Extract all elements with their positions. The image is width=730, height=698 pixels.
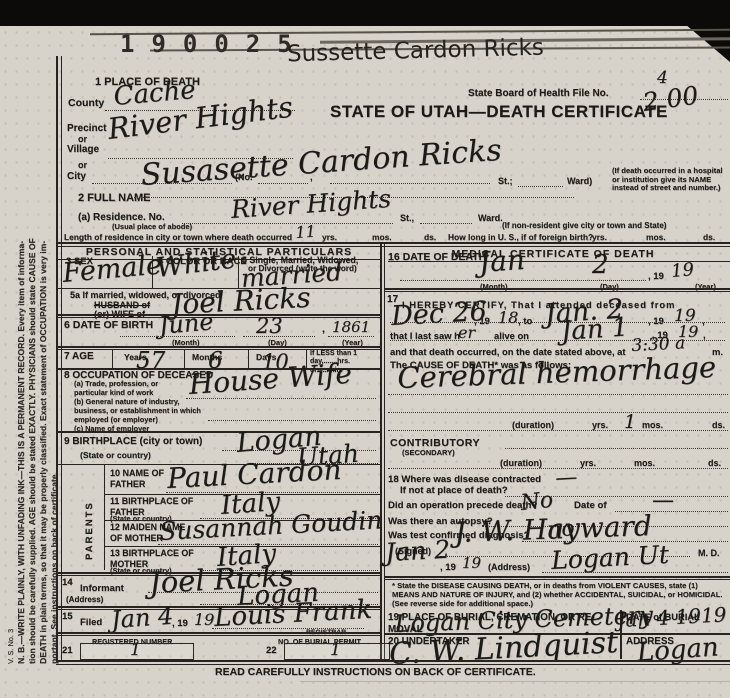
- duration-line: [388, 430, 728, 431]
- undertaker-address-divider: [620, 633, 622, 659]
- city-ward-label: Ward): [567, 176, 592, 186]
- attended-line: [390, 322, 725, 323]
- permits-top-rule-outer: [56, 632, 380, 634]
- cause-line-2: [388, 412, 728, 413]
- duration-yrs-label: yrs.: [592, 420, 608, 430]
- filed-date-value: Jan 4: [110, 602, 174, 634]
- city-st-label: St.;: [498, 176, 513, 186]
- dob-year-value: 1861: [332, 318, 370, 336]
- length-of-residence-value: 11: [295, 222, 317, 242]
- dob-label: 6 DATE OF BIRTH: [64, 319, 153, 331]
- scan-top-band: [0, 0, 730, 26]
- contributory-line: [505, 448, 728, 449]
- certify-top-rule-outer: [384, 288, 730, 290]
- age-col-divider-1: [112, 349, 113, 368]
- death-day-value: 2: [592, 250, 609, 280]
- informant-item-number: 14: [62, 577, 73, 588]
- age-label: 7 AGE: [64, 351, 94, 362]
- dob-comma: ,: [322, 324, 325, 335]
- disease-contracted-label-2: If not at place of death?: [400, 485, 508, 496]
- permits-top-rule-inner: [56, 635, 380, 636]
- informant-label: Informant: [80, 583, 124, 594]
- paper-tear-line: [300, 681, 730, 682]
- disease-contracted-label: 18 Where was disease contracted: [388, 474, 541, 485]
- death-certificate-scan: V. S. No. 3 N. B.—WRITE PLAINLY, WITH UN…: [0, 0, 730, 698]
- secondary-sublabel: (SECONDARY): [402, 448, 455, 457]
- hospital-note: (If death occurred in a hospital or inst…: [612, 167, 724, 193]
- filed-item-number: 15: [62, 611, 73, 622]
- residence-ward-label: Ward.: [478, 213, 503, 223]
- birthplace-state-label: (State or country): [80, 450, 151, 460]
- county-label: County: [68, 97, 104, 109]
- death-date-line: [400, 280, 646, 281]
- dob-day-line: [243, 336, 315, 337]
- duration2-yrs-label: yrs.: [580, 458, 596, 468]
- column-divider-outer: [380, 242, 382, 662]
- duration-months-value: 1: [624, 411, 636, 433]
- precinct-label: Precinct: [67, 123, 106, 134]
- file-no-label: State Board of Health File No.: [468, 88, 609, 99]
- city-label: City: [67, 171, 86, 182]
- howlong-us-label: How long in U. S., if of foreign birth?: [448, 232, 593, 242]
- columns-top-rule-outer: [56, 242, 730, 244]
- dob-month-line: [120, 336, 235, 337]
- length-yrs-label: yrs.: [322, 232, 337, 242]
- parents-vertical-label: PARENTS: [84, 501, 95, 560]
- parents-inner-divider: [104, 464, 105, 570]
- howlong-mos-label: mos.: [646, 232, 666, 242]
- margin-note-line4: portant. See instructions on back of cer…: [49, 64, 60, 664]
- duration-mos-label: mos.: [642, 420, 663, 430]
- birthplace-label: 9 BIRTHPLACE (city or town): [64, 436, 202, 447]
- or-label-2: or: [78, 160, 87, 170]
- margin-instructions: V. S. No. 3 N. B.—WRITE PLAINLY, WITH UN…: [6, 64, 60, 664]
- last-saw-date-value: Jan 1: [560, 312, 629, 347]
- abode-note: (Usual place of abode): [112, 222, 192, 231]
- sign-year-value: 19: [462, 554, 481, 572]
- duration-ds-label: ds.: [712, 420, 725, 430]
- filed-year-prefix: , 19: [172, 618, 188, 629]
- duration2-mos-label: mos.: [634, 458, 655, 468]
- death-year-value: 19: [670, 259, 695, 282]
- occupation-a-line: [186, 398, 376, 399]
- registered-number-value: 1: [130, 640, 141, 660]
- length-mos-label: mos.: [372, 232, 392, 242]
- sign-address-value: Logan Ut: [550, 540, 669, 575]
- residence-ward-line: [420, 223, 472, 224]
- margin-note-line2: tion should be carefully supplied. AGE s…: [27, 64, 38, 664]
- row9-top-rule: [56, 431, 380, 433]
- nonresident-note: (If non-resident give city or town and S…: [502, 221, 666, 230]
- bottom-rule-inner: [56, 664, 730, 665]
- howlong-yrs-label: yrs.: [592, 232, 607, 242]
- form-number: V. S. No. 3: [6, 64, 16, 664]
- sign-year-prefix: , 19: [440, 562, 456, 573]
- occupation-b-label: (b) General nature of industry, business…: [74, 398, 204, 425]
- operation-date-of-label: Date of: [574, 500, 607, 511]
- filed-year-value: 19: [194, 610, 214, 629]
- occupation-b-line: [208, 420, 376, 421]
- footnote-top-rule-inner: [384, 579, 730, 580]
- or-label-1: or: [78, 134, 87, 144]
- row6-top-rule-outer: [56, 314, 380, 316]
- full-name-label: 2 FULL NAME: [78, 192, 151, 204]
- certify-top-rule-inner: [384, 291, 730, 292]
- city-street-line: [330, 183, 490, 184]
- md-label: M. D.: [698, 548, 720, 558]
- race-marital-divider: [238, 256, 239, 288]
- sign-address-label: (Address): [488, 562, 530, 572]
- length-ds-label: ds.: [424, 232, 436, 242]
- dob-day-value: 23: [256, 314, 283, 338]
- footnote-top-rule-outer: [384, 576, 730, 578]
- sign-address-line: [542, 572, 728, 573]
- residence-st-label: St.,: [400, 213, 414, 223]
- bottom-rule-outer: [56, 660, 730, 662]
- village-label: Village: [67, 144, 99, 155]
- occupation-a-label: (a) Trade, profession, or particular kin…: [74, 380, 186, 398]
- cause-line-1: [388, 394, 728, 395]
- margin-note-line3: DEATH in plain terms, so that it may be …: [38, 64, 49, 664]
- howlong-ds-label: ds.: [703, 232, 715, 242]
- age-col-divider-2: [184, 349, 185, 368]
- footer-instructions: READ CAREFULLY INSTRUCTIONS ON BACK OF C…: [215, 666, 536, 678]
- certificate-title: STATE OF UTAH—DEATH CERTIFICATE: [330, 102, 668, 122]
- death-month-value: Jan: [478, 243, 526, 279]
- filed-label: Filed: [80, 617, 102, 628]
- informant-address-label: (Address): [66, 595, 103, 604]
- duration-label: (duration): [512, 420, 554, 430]
- length-of-residence-label: Length of residence in city or town wher…: [64, 232, 292, 242]
- item-22-number: 22: [266, 645, 277, 656]
- operation-question-label: Did an operation precede death?: [388, 500, 537, 511]
- registration-stamp-number: 190025: [120, 30, 309, 58]
- disease-contracted-mark: —: [555, 465, 578, 491]
- item-21-number: 21: [62, 645, 73, 656]
- duration2-ds-label: ds.: [708, 458, 721, 468]
- undertaker-address-value: Logan: [636, 632, 720, 668]
- burial-permit-value: 1: [330, 640, 341, 660]
- death-year-prefix: , 19: [648, 271, 664, 282]
- attended-from-year: 18: [498, 308, 518, 327]
- operation-date-mark: —: [652, 488, 674, 513]
- date-of-death-label: 16 DATE OF DEATH: [388, 251, 486, 263]
- column-divider-inner: [384, 242, 385, 662]
- duration2-label: (duration): [500, 458, 542, 468]
- city-ward-line: [518, 186, 563, 187]
- dob-year-line: [328, 336, 374, 337]
- margin-note-line1: N. B.—WRITE PLAINLY, WITH UNFADING INK—T…: [16, 64, 27, 664]
